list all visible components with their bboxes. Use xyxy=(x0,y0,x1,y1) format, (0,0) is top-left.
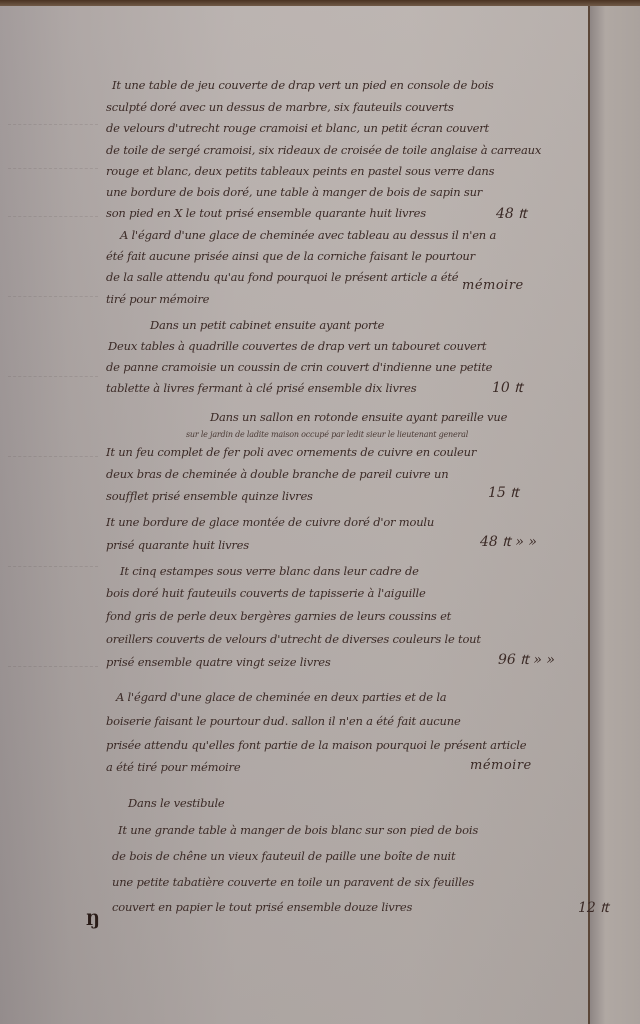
amount: 12 ₶ xyxy=(578,898,609,917)
text-line: A l'égard d'une glace de cheminée en deu… xyxy=(116,690,446,704)
text-line: sculpté doré avec un dessus de marbre, s… xyxy=(106,100,454,114)
text-line: une bordure de bois doré, une table à ma… xyxy=(106,185,482,199)
text-line: Deux tables à quadrille couvertes de dra… xyxy=(108,339,486,353)
text-line: bois doré huit fauteuils couverts de tap… xyxy=(106,586,426,600)
margin-mark: Ŋ xyxy=(86,910,100,929)
text-line: A l'égard d'une glace de cheminée avec t… xyxy=(120,228,496,242)
bleed-through xyxy=(8,296,98,298)
amount: 10 ₶ xyxy=(492,378,523,397)
text-line: son pied en X le tout prisé ensemble qua… xyxy=(106,206,426,220)
text-line: de toile de sergé cramoisi, six rideaux … xyxy=(106,143,541,157)
amount: 48 ₶ xyxy=(496,204,527,223)
text-line: de velours d'utrecht rouge cramoisi et b… xyxy=(106,121,489,135)
bleed-through xyxy=(8,666,98,668)
text-line: une petite tabatière couverte en toile u… xyxy=(112,875,474,889)
text-line: It une bordure de glace montée de cuivre… xyxy=(106,515,434,529)
text-line: de panne cramoisie un coussin de crin co… xyxy=(106,360,492,374)
text-line: fond gris de perle deux bergères garnies… xyxy=(106,609,451,623)
memoire-note: mémoire xyxy=(470,758,532,773)
text-line: tiré pour mémoire xyxy=(106,292,209,306)
adjacent-page-edge xyxy=(588,6,640,1024)
section-heading: Dans un petit cabinet ensuite ayant port… xyxy=(150,318,384,332)
text-line: prisé quarante huit livres xyxy=(106,538,249,552)
text-line: tablette à livres fermant à clé prisé en… xyxy=(106,381,416,395)
amount: 48 ₶ » » xyxy=(480,532,537,551)
text-line: oreillers couverts de velours d'utrecht … xyxy=(106,632,481,646)
text-line: boiserie faisant le pourtour dud. sallon… xyxy=(106,714,461,728)
text-line: soufflet prisé ensemble quinze livres xyxy=(106,489,313,503)
bleed-through xyxy=(8,124,98,126)
bleed-through xyxy=(8,566,98,568)
bleed-through xyxy=(8,168,98,170)
interlinear-note: sur le jardin de ladite maison occupé pa… xyxy=(186,430,468,439)
text-line: It cinq estampes sous verre blanc dans l… xyxy=(120,564,419,578)
text-line: couvert en papier le tout prisé ensemble… xyxy=(112,900,412,914)
text-line: It un feu complet de fer poli avec ornem… xyxy=(106,445,476,459)
text-line: été fait aucune prisée ainsi que de la c… xyxy=(106,249,475,263)
section-heading: Dans un sallon en rotonde ensuite ayant … xyxy=(210,410,507,424)
memoire-note: mémoire xyxy=(462,278,524,293)
text-line: a été tiré pour mémoire xyxy=(106,760,240,774)
bleed-through xyxy=(8,216,98,218)
text-line: deux bras de cheminée à double branche d… xyxy=(106,467,448,481)
amount: 15 ₶ xyxy=(488,483,519,502)
text-line: rouge et blanc, deux petits tableaux pei… xyxy=(106,164,494,178)
text-line: de la salle attendu qu'au fond pourquoi … xyxy=(106,270,458,284)
text-line: de bois de chêne un vieux fauteuil de pa… xyxy=(112,849,455,863)
text-line: It une table de jeu couverte de drap ver… xyxy=(112,78,494,92)
section-heading: Dans le vestibule xyxy=(128,796,225,810)
amount: 96 ₶ » » xyxy=(498,650,555,669)
text-line: prisée attendu qu'elles font partie de l… xyxy=(106,738,526,752)
bleed-through xyxy=(8,376,98,378)
text-line: prisé ensemble quatre vingt seize livres xyxy=(106,655,331,669)
bleed-through xyxy=(8,456,98,458)
text-line: It une grande table à manger de bois bla… xyxy=(118,823,478,837)
